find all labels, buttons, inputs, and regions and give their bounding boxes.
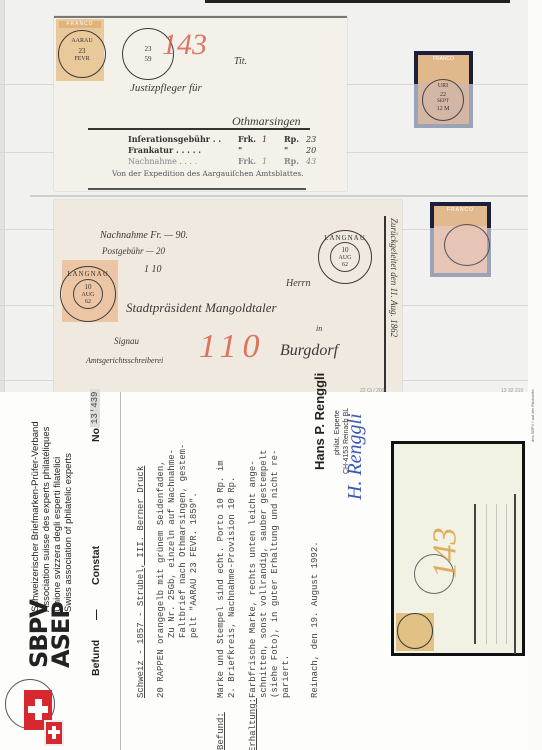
- stamp-franco-label: FRANCO: [59, 21, 101, 28]
- certificate-number: 13'439: [90, 389, 100, 427]
- fee-table-footer: Von der Expedition des Aargauiſchen Amts…: [112, 168, 328, 179]
- heading-befund: Befund: [90, 640, 102, 676]
- folded-letter-aarau: FRANCO AARAU 23 FEVR 23 59 143 Tit. Just…: [54, 16, 347, 191]
- stamp-description: 20 RAPPEN orangegelb mit grünem Seidenfa…: [156, 444, 200, 698]
- side-annotation: Zurückgeleitet den 11. Aug. 1862: [389, 218, 399, 337]
- certificate-divider: [120, 392, 121, 750]
- fee-table: Inſerationsgebühr . . Frk. 1 Rp. 23 Fran…: [128, 134, 328, 179]
- side-rule: [384, 216, 386, 400]
- cover-langnau: LANGNAU 10 AUG 62 LANGNAU 10 AUG 62 Nach…: [54, 200, 402, 400]
- album-strip-shadow: [30, 195, 528, 197]
- place-date: Reinach, den 19. August 1992.: [310, 541, 321, 698]
- postmark-langnau-receipt: LANGNAU 10 AUG 62: [318, 230, 372, 284]
- postmark-day: 23: [59, 47, 105, 55]
- erhaltung-label: Erhaltung:: [248, 698, 259, 750]
- expert-name: Hans P. Renggli: [312, 373, 327, 470]
- postmark-partial: [444, 224, 490, 266]
- address-line: Stadtpräsident Mangoldtaler: [126, 300, 277, 316]
- red-crayon-marking: 110: [199, 328, 265, 366]
- postmark-aarau: AARAU 23 FEVR: [58, 30, 106, 78]
- loose-stamp-uri: FRANCO URI 22 SEPT 12 M: [414, 51, 473, 128]
- heading-number-label: No.: [90, 425, 102, 442]
- photo-fee-table: [480, 504, 510, 644]
- ledger-line: 1 10: [144, 264, 162, 275]
- ledger-line: Nachnahme Fr. — 90.: [100, 230, 188, 241]
- sender-line: Amtsgerichtsschreiberei: [86, 356, 163, 365]
- heading-constat: Constat: [90, 546, 102, 585]
- postmark-uri: URI 22 SEPT 12 M: [422, 79, 464, 121]
- address-line: Herrn: [286, 278, 310, 289]
- photo-side-note: des SBPV / auf der Rückseite: [530, 389, 535, 442]
- photo-red-marking: 143: [427, 528, 465, 579]
- fee-row: Inſerationsgebühr . . Frk. 1 Rp. 23: [128, 134, 328, 145]
- swiss-cross-small-icon: [44, 720, 64, 746]
- fee-row: Nachnahme . . . . Frk. 1 Rp. 43: [128, 156, 328, 167]
- letter-top-edge: [54, 16, 347, 18]
- address-title: Tit.: [234, 56, 247, 67]
- befund-label: Befund:: [216, 712, 227, 750]
- organization-names: Schweizerischer Briefmarken-Prüfer-Verba…: [30, 421, 74, 612]
- ledger-line: Postgebühr — 20: [102, 246, 165, 256]
- address-destination: Burgdorf: [280, 342, 338, 360]
- heading-dash: —: [90, 610, 102, 621]
- red-crayon-marking: 143: [162, 28, 207, 62]
- photo-rule: [474, 504, 476, 644]
- address-line: in: [316, 324, 322, 333]
- photo-postmark: [397, 613, 433, 649]
- expert-title: philat. Experte: [334, 410, 341, 455]
- address-recipient: Justizpfleger für: [130, 82, 202, 94]
- postmark-town: AARAU: [59, 37, 105, 45]
- erhaltung-text: Farbfrische Marke, rechts unten leicht a…: [248, 450, 292, 698]
- befund-text: Marke und Stempel sind echt. Porto 10 Rp…: [216, 460, 238, 698]
- page-right-margin: [528, 0, 542, 750]
- expert-signature: H. Renggli: [344, 413, 367, 500]
- postmark-langnau: LANGNAU 10 AUG 62: [60, 266, 116, 322]
- photo-rule: [514, 494, 516, 654]
- album-top-border: [205, 0, 510, 3]
- postmark-month: FEVR: [59, 55, 105, 63]
- sender-line: Signau: [114, 336, 139, 346]
- address-destination: Othmarsingen: [232, 114, 301, 129]
- divider-rule: [88, 128, 310, 130]
- certificate-title: Schweiz - 1857 - Strubel, III. Berner Dr…: [136, 466, 147, 698]
- divider-rule: [88, 188, 306, 190]
- album-binding-edge: [0, 0, 5, 392]
- fee-row: Frankatur . . . . . " " 20: [128, 145, 328, 156]
- loose-stamp-steffisburg: FRANCO: [430, 202, 491, 277]
- certificate-photo: 143: [391, 441, 525, 656]
